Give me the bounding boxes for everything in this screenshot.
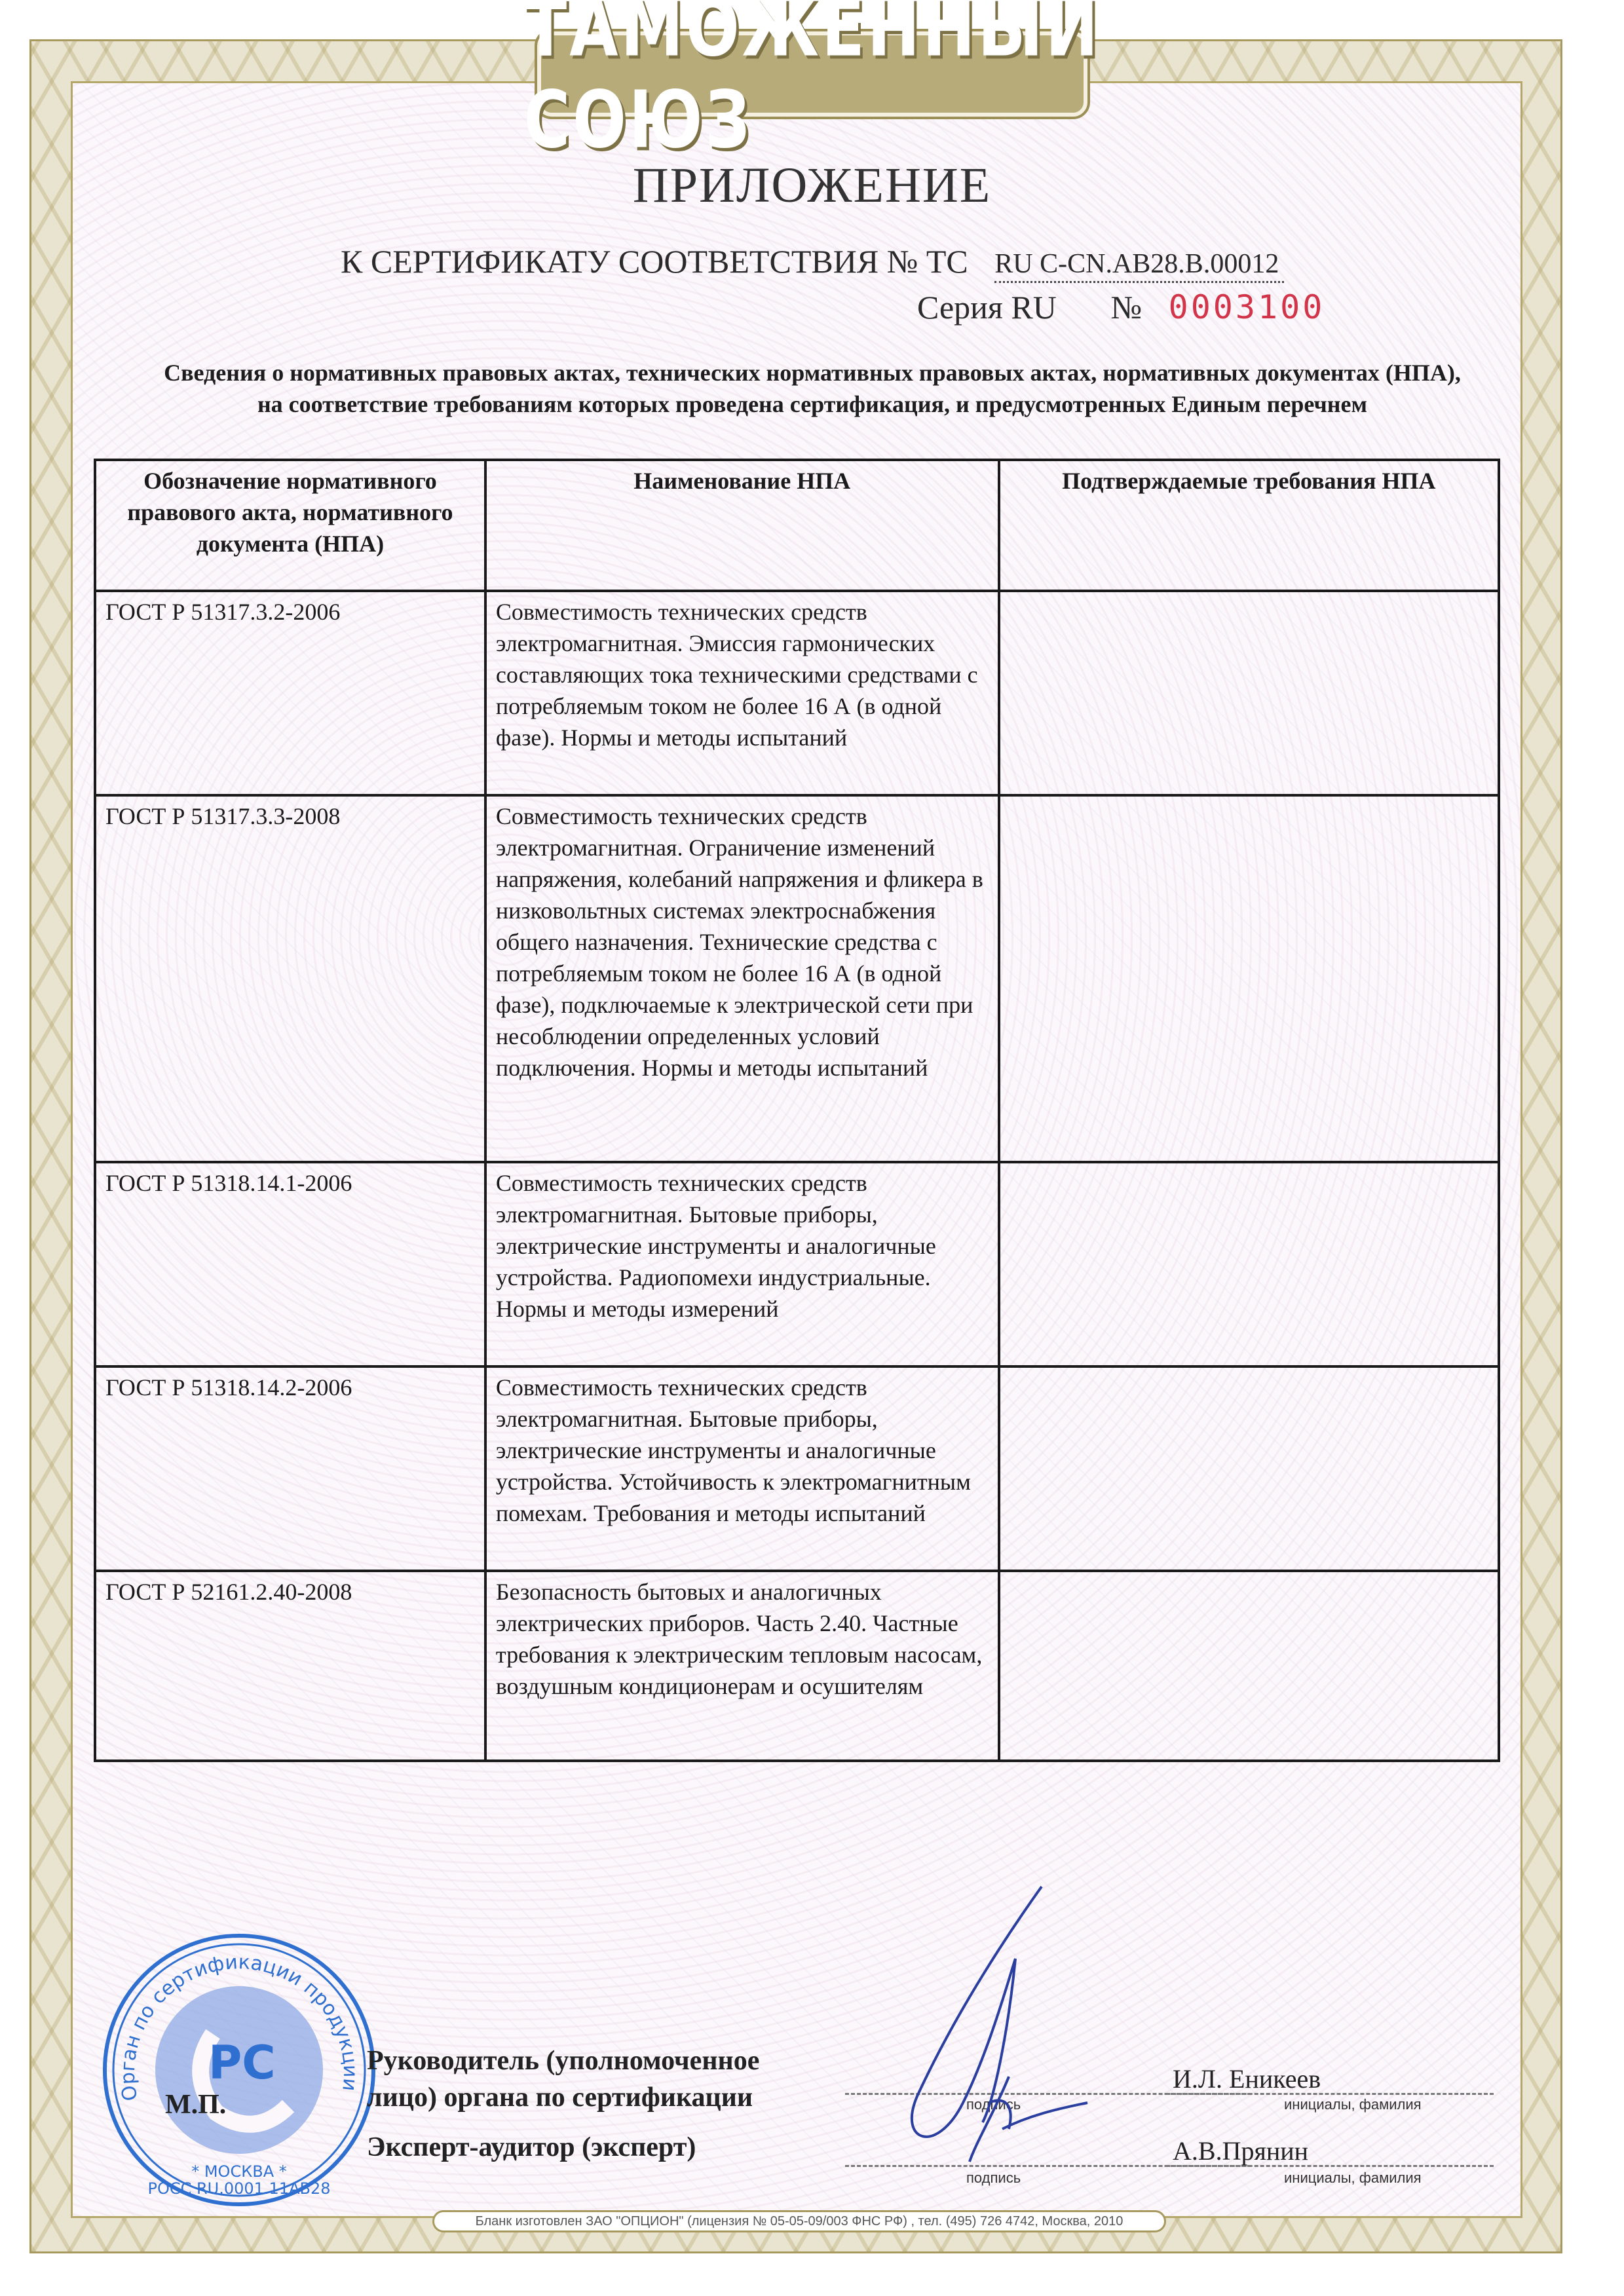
series-line: Серия RU № 0003100 xyxy=(917,288,1325,326)
row-requirements xyxy=(999,1162,1499,1366)
row-designation: ГОСТ Р 52161.2.40-2008 xyxy=(95,1571,485,1761)
document-title: ПРИЛОЖЕНИЕ xyxy=(0,157,1624,214)
row-requirements xyxy=(999,1366,1499,1571)
row-name: Совместимость технических средств электр… xyxy=(485,591,999,795)
number-sign: № xyxy=(1110,289,1142,326)
head-name-caption: инициалы, фамилия xyxy=(1284,2096,1422,2113)
header-name: Наименование НПА xyxy=(485,460,999,591)
customs-union-badge-text: ТАМОЖЕННЫЙ СОЮЗ xyxy=(524,0,1101,166)
svg-text:* МОСКВА *: * МОСКВА * xyxy=(191,2162,287,2181)
table-row: ГОСТ Р 51317.3.3-2008 Совместимость техн… xyxy=(95,795,1499,1162)
expert-name-caption: инициалы, фамилия xyxy=(1284,2170,1422,2187)
customs-union-badge: ТАМОЖЕННЫЙ СОЮЗ xyxy=(537,31,1087,117)
header-designation: Обозначение нормативного правового акта,… xyxy=(95,460,485,591)
head-name: И.Л. Еникеев xyxy=(1173,2063,1321,2094)
expert-name: А.В.Прянин xyxy=(1173,2136,1308,2166)
table-header-row: Обозначение нормативного правового акта,… xyxy=(95,460,1499,591)
row-requirements xyxy=(999,591,1499,795)
row-name: Безопасность бытовых и аналогичных элект… xyxy=(485,1571,999,1761)
table-row: ГОСТ Р 51318.14.2-2006 Совместимость тех… xyxy=(95,1366,1499,1571)
svg-text:РОСС RU.0001.11АВ28: РОСС RU.0001.11АВ28 xyxy=(147,2179,330,2198)
expert-signature-caption: подпись xyxy=(966,2170,1021,2187)
table-row: ГОСТ Р 51318.14.1-2006 Совместимость тех… xyxy=(95,1162,1499,1366)
row-name: Совместимость технических средств электр… xyxy=(485,795,999,1162)
serial-number: 0003100 xyxy=(1169,288,1325,326)
handwritten-signature-icon xyxy=(878,1880,1114,2168)
row-requirements xyxy=(999,1571,1499,1761)
certificate-reference: К СЕРТИФИКАТУ СООТВЕТСТВИЯ № ТС RU C-CN.… xyxy=(341,242,1284,283)
series-label: Серия RU xyxy=(917,289,1057,326)
row-designation: ГОСТ Р 51317.3.3-2008 xyxy=(95,795,485,1162)
table-row: ГОСТ Р 51317.3.2-2006 Совместимость техн… xyxy=(95,591,1499,795)
row-designation: ГОСТ Р 51317.3.2-2006 xyxy=(95,591,485,795)
table-row: ГОСТ Р 52161.2.40-2008 Безопасность быто… xyxy=(95,1571,1499,1761)
intro-paragraph: Сведения о нормативных правовых актах, т… xyxy=(151,357,1474,420)
certificate-number: RU C-CN.АВ28.В.00012 xyxy=(994,248,1284,283)
certificate-label: К СЕРТИФИКАТУ СООТВЕТСТВИЯ № ТС xyxy=(341,243,968,280)
stamp-mark-label: М.П. xyxy=(165,2086,226,2123)
row-name: Совместимость технических средств электр… xyxy=(485,1162,999,1366)
certification-stamp-icon: РС Орган по сертификации продукции ООО "… xyxy=(98,1929,380,2211)
row-designation: ГОСТ Р 51318.14.1-2006 xyxy=(95,1162,485,1366)
blank-imprint-footer: Бланк изготовлен ЗАО "ОПЦИОН" (лицензия … xyxy=(432,2210,1166,2232)
npa-table: Обозначение нормативного правового акта,… xyxy=(94,459,1500,1762)
row-designation: ГОСТ Р 51318.14.2-2006 xyxy=(95,1366,485,1571)
header-requirements: Подтверждаемые требования НПА xyxy=(999,460,1499,591)
row-name: Совместимость технических средств электр… xyxy=(485,1366,999,1571)
row-requirements xyxy=(999,795,1499,1162)
svg-text:РС: РС xyxy=(208,2036,276,2090)
head-role-label: Руководитель (уполномоченное лицо) орган… xyxy=(367,2042,825,2116)
expert-role-label: Эксперт-аудитор (эксперт) xyxy=(367,2129,696,2166)
